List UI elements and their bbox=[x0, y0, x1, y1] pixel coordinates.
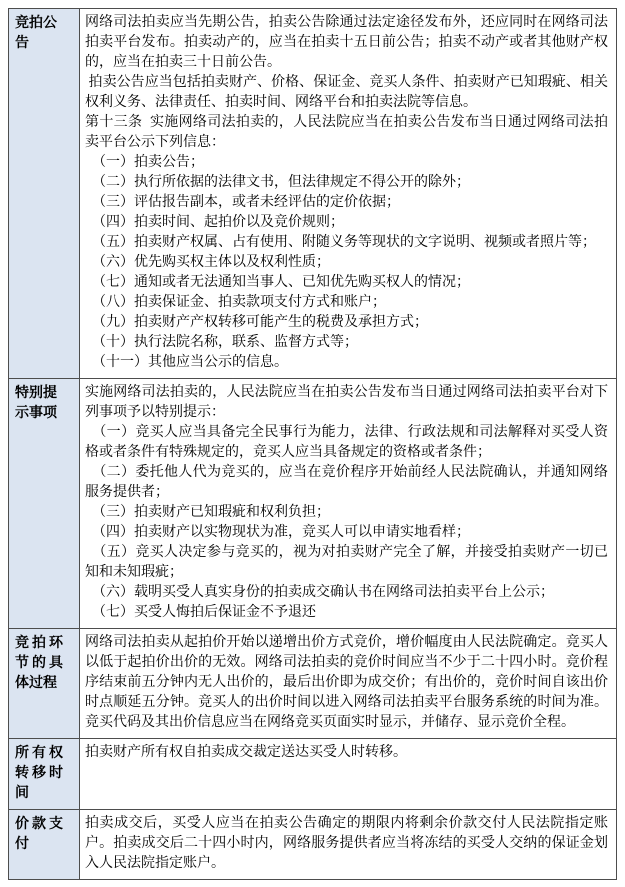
row-header-cell: 竞拍环节的具体过程 bbox=[9, 629, 80, 739]
paragraph: （四）拍卖时间、起拍价以及竞价规则； bbox=[85, 213, 608, 233]
auction-rules-table: 竞拍公告 网络司法拍卖应当先期公告，拍卖公告除通过法定途径发布外，还应同时在网络… bbox=[8, 8, 617, 880]
paragraph: （十）执行法院名称，联系、监督方式等； bbox=[85, 333, 608, 353]
row-header-label: 竞拍环节的具体过程 bbox=[15, 634, 63, 694]
paragraph: （十一）其他应当公示的信息。 bbox=[85, 353, 608, 373]
paragraph: 拍卖成交后，买受人应当在拍卖公告确定的期限内将剩余价款交付人民法院指定账户。拍卖… bbox=[85, 814, 608, 874]
row-header-label: 所有权转移时间 bbox=[15, 744, 63, 804]
row-header-cell: 价款支付 bbox=[9, 810, 80, 880]
paragraph: （一）竞买人应当具备完全民事行为能力，法律、行政法规和司法解释对买受人资格或者条… bbox=[85, 423, 608, 463]
paragraph: 网络司法拍卖应当先期公告，拍卖公告除通过法定途径发布外，还应同时在网络司法拍卖平… bbox=[85, 13, 608, 73]
table-row-special-notices: 特别提示事项 实施网络司法拍卖的，人民法院应当在拍卖公告发布当日通过网络司法拍卖… bbox=[9, 379, 617, 629]
table-row-payment: 价款支付 拍卖成交后，买受人应当在拍卖公告确定的期限内将剩余价款交付人民法院指定… bbox=[9, 810, 617, 880]
paragraph: （三）评估报告副本，或者未经评估的定价依据； bbox=[85, 193, 608, 213]
paragraph: （六）载明买受人真实身份的拍卖成交确认书在网络司法拍卖平台上公示； bbox=[85, 583, 608, 603]
paragraph: （八）拍卖保证金、拍卖款项支付方式和账户； bbox=[85, 293, 608, 313]
table-row-ownership-transfer: 所有权转移时间 拍卖财产所有权自拍卖成交裁定送达买受人时转移。 bbox=[9, 739, 617, 810]
row-content-cell: 网络司法拍卖应当先期公告，拍卖公告除通过法定途径发布外，还应同时在网络司法拍卖平… bbox=[80, 9, 617, 379]
paragraph: （七）通知或者无法通知当事人、已知优先购买权人的情况； bbox=[85, 273, 608, 293]
row-header-cell: 特别提示事项 bbox=[9, 379, 80, 629]
table-row-auction-announcement: 竞拍公告 网络司法拍卖应当先期公告，拍卖公告除通过法定途径发布外，还应同时在网络… bbox=[9, 9, 617, 379]
row-content-cell: 拍卖成交后，买受人应当在拍卖公告确定的期限内将剩余价款交付人民法院指定账户。拍卖… bbox=[80, 810, 617, 880]
row-header-cell: 所有权转移时间 bbox=[9, 739, 80, 810]
document-page: 竞拍公告 网络司法拍卖应当先期公告，拍卖公告除通过法定途径发布外，还应同时在网络… bbox=[0, 0, 625, 880]
paragraph: （五）竞买人决定参与竞买的，视为对拍卖财产完全了解，并接受拍卖财产一切已知和未知… bbox=[85, 543, 608, 583]
row-content-cell: 拍卖财产所有权自拍卖成交裁定送达买受人时转移。 bbox=[80, 739, 617, 810]
paragraph: 第十三条 实施网络司法拍卖的，人民法院应当在拍卖公告发布当日通过网络司法拍卖平台… bbox=[85, 113, 608, 153]
paragraph: 拍卖财产所有权自拍卖成交裁定送达买受人时转移。 bbox=[85, 743, 608, 763]
paragraph: 实施网络司法拍卖的，人民法院应当在拍卖公告发布当日通过网络司法拍卖平台对下列事项… bbox=[85, 383, 608, 423]
paragraph: （六）优先购买权主体以及权利性质； bbox=[85, 253, 608, 273]
paragraph: （二）委托他人代为竞买的，应当在竞价程序开始前经人民法院确认，并通知网络服务提供… bbox=[85, 463, 608, 503]
row-content-cell: 实施网络司法拍卖的，人民法院应当在拍卖公告发布当日通过网络司法拍卖平台对下列事项… bbox=[80, 379, 617, 629]
paragraph: （二）执行所依据的法律文书，但法律规定不得公开的除外； bbox=[85, 173, 608, 193]
row-header-cell: 竞拍公告 bbox=[9, 9, 80, 379]
row-header-label: 竞拍公告 bbox=[15, 14, 63, 54]
row-header-label: 价款支付 bbox=[15, 815, 63, 855]
row-content-cell: 网络司法拍卖从起拍价开始以递增出价方式竞价，增价幅度由人民法院确定。竞买人以低于… bbox=[80, 629, 617, 739]
paragraph: （九）拍卖财产产权转移可能产生的税费及承担方式； bbox=[85, 313, 608, 333]
paragraph: （四）拍卖财产以实物现状为准，竞买人可以申请实地看样； bbox=[85, 523, 608, 543]
paragraph: （五）拍卖财产权属、占有使用、附随义务等现状的文字说明、视频或者照片等； bbox=[85, 233, 608, 253]
paragraph: （三）拍卖财产已知瑕疵和权利负担； bbox=[85, 503, 608, 523]
paragraph: 拍卖公告应当包括拍卖财产、价格、保证金、竞买人条件、拍卖财产已知瑕疵、相关权利义… bbox=[85, 73, 608, 113]
paragraph: （一）拍卖公告； bbox=[85, 153, 608, 173]
paragraph: （七）买受人悔拍后保证金不予退还 bbox=[85, 603, 608, 623]
table-row-bidding-process: 竞拍环节的具体过程 网络司法拍卖从起拍价开始以递增出价方式竞价，增价幅度由人民法… bbox=[9, 629, 617, 739]
row-header-label: 特别提示事项 bbox=[15, 384, 63, 424]
paragraph: 网络司法拍卖从起拍价开始以递增出价方式竞价，增价幅度由人民法院确定。竞买人以低于… bbox=[85, 633, 608, 733]
